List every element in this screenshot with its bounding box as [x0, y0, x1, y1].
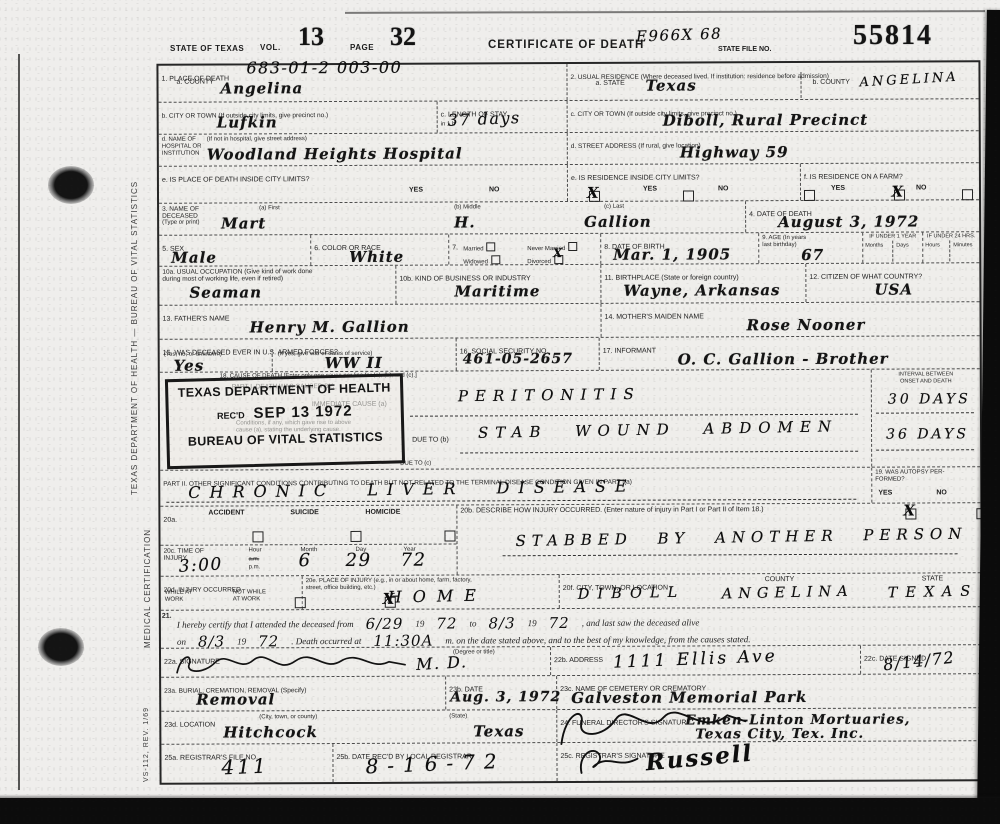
cell-registrar-file-no: 25a. REGISTRAR'S FILE NO. 411: [161, 744, 333, 783]
occupation-label-2: during most of working life, even if ret…: [162, 275, 392, 283]
row-place-residence: 1. PLACE OF DEATH 683-01-2 003-00 a. COU…: [158, 62, 978, 103]
autopsy-no-label: NO: [936, 489, 947, 496]
registrar-signature-scrawl: [575, 745, 645, 779]
cell-burial-date: 23b. DATE Aug. 3, 1972: [446, 676, 557, 709]
cell-sex: 5. SEX Male: [159, 235, 311, 266]
months-label: Months: [865, 243, 883, 250]
cell-marital-status: 7. Married Never Married Widowed Divorce…: [449, 234, 601, 265]
war-value: WW II: [325, 354, 383, 372]
burial-city-value: Hitchcock: [223, 723, 318, 741]
cell-injury-location: 20f. CITY, TOWN, OR LOCATION COUNTY STAT…: [560, 573, 981, 608]
burial-type-value: Removal: [196, 690, 275, 708]
row-location-director: 23d. LOCATION (City, town, or county) (S…: [161, 708, 981, 745]
injury-city-value: DIBOLL: [578, 585, 686, 603]
burial-date-value: Aug. 3, 1972: [450, 689, 561, 705]
length-of-stay-value: 37 days: [447, 108, 521, 130]
last-name-value: Gallion: [584, 213, 652, 231]
physician-address-label: 22b. ADDRESS: [554, 657, 603, 664]
farm-yes-label: YES: [831, 185, 845, 192]
row-cause-of-death: 18. CAUSE OF DEATH [Enter only one cause…: [160, 369, 980, 471]
due-to-b-value: STAB WOUND ABDOMEN: [478, 417, 838, 442]
cell-registrar-signature: 25c. REGISTRAR'S SIGNATURE Russell: [557, 741, 981, 781]
autopsy-yes-label: YES: [878, 490, 892, 497]
cell-residence-farm: f. IS RESIDENCE ON A FARM? YES NO X: [801, 163, 979, 200]
autopsy-label-2: FORMED?: [875, 476, 977, 483]
burial-state-value: Texas: [473, 722, 524, 740]
registrar-signature-value: Russell: [644, 740, 754, 777]
scan-bottom-black-edge: [0, 798, 1000, 824]
date-recd-value: 8-16-72: [365, 749, 506, 778]
residence-county-value: ANGELINA: [859, 70, 959, 91]
certify-on: on: [177, 637, 186, 647]
occupation-value: Seaman: [189, 283, 262, 301]
physician-signature-scrawl: [173, 652, 408, 677]
hospital-paren: (If not in hospital, give street address…: [207, 136, 307, 143]
cell-ssn: 16. SOCIAL SECURITY NO. 461-05-2657: [457, 338, 600, 371]
death-certificate-scan: TEXAS DEPARTMENT OF HEALTH — BUREAU OF V…: [0, 0, 1000, 824]
burial-location-label: 23d. LOCATION: [164, 722, 215, 729]
informant-label: 17. INFORMANT: [603, 348, 656, 355]
not-while-work-label-2: AT WORK: [233, 596, 260, 603]
injury-county-value: ANGELINA: [722, 584, 854, 603]
cell-street-address: d. STREET ADDRESS (If rural, give locati…: [568, 131, 979, 164]
cell-physician-address: 22b. ADDRESS 1111 Ellis Ave: [551, 646, 861, 675]
cell-physician-signature: 22a. SIGNATURE (Degree or title) M. D.: [161, 647, 551, 677]
row-occupation: 10a. USUAL OCCUPATION (Give kind of work…: [159, 263, 979, 306]
injury-year-value: 72: [401, 550, 427, 571]
hours-label: Hours: [925, 242, 940, 249]
cell-citizen: 12. CITIZEN OF WHAT COUNTRY? USA: [806, 263, 979, 302]
cell-describe-injury: 20b. DESCRIBE HOW INJURY OCCURRED. (Ente…: [457, 503, 980, 574]
scan-left-rule: [18, 54, 20, 790]
residence-state-label: a. STATE: [596, 80, 625, 88]
married-label: Married: [463, 246, 483, 252]
row-hospital-street: d. NAME OF HOSPITAL OR INSTITUTION (If n…: [159, 131, 979, 167]
stamp-recd: REC'D: [217, 410, 245, 421]
under1-divider: [892, 241, 893, 262]
describe-injury-line: [503, 553, 958, 556]
certificate-form: 1. PLACE OF DEATH 683-01-2 003-00 a. COU…: [156, 60, 983, 785]
row-city-stay: b. CITY OR TOWN (If outside city limits,…: [159, 99, 979, 135]
days-label: Days: [896, 243, 909, 250]
cell-armed-forces: 15. WAS DECEASED EVER IN U.S. ARMED FORC…: [160, 338, 457, 371]
divorced-checkbox: X: [554, 255, 563, 264]
stamp-date: SEP 13 1972: [253, 403, 353, 423]
certificate-header: STATE OF TEXAS VOL. 13 PAGE 32 CERTIFICA…: [158, 28, 978, 62]
cell-city-or-town: b. CITY OR TOWN (If outside city limits,…: [159, 102, 438, 134]
cell-informant: 17. INFORMANT O. C. Gallion - Brother: [600, 336, 980, 370]
page-number: 32: [390, 22, 416, 52]
cell-race: 6. COLOR OR RACE White: [311, 235, 449, 266]
stamp-line3: BUREAU OF VITAL STATISTICS: [169, 429, 401, 449]
never-married-checkbox: [568, 242, 577, 251]
date-of-death-value: August 3, 1972: [778, 212, 919, 231]
interval-a-value: 30 DAYS: [888, 391, 971, 407]
cell-burial-type: 23a. BURIAL, CREMATION, REMOVAL (Specify…: [161, 677, 446, 711]
row-forces-ssn-informant: 15. WAS DECEASED EVER IN U.S. ARMED FORC…: [160, 336, 980, 373]
margin-form-number: VS-112, REV. 1/69: [143, 652, 150, 782]
punch-hole-bottom: [38, 628, 84, 666]
page-label: PAGE: [350, 43, 374, 52]
certify-t3: , and last saw the deceased alive: [582, 617, 700, 628]
margin-department-text: TEXAS DEPARTMENT OF HEALTH — BUREAU OF V…: [130, 160, 139, 495]
state-of-texas-label: STATE OF TEXAS: [170, 44, 244, 53]
scan-top-edge-line: [345, 10, 985, 14]
hour-label: Hour: [249, 547, 262, 554]
county-label: a. COUNTY: [176, 79, 213, 87]
interval-a-line: [876, 412, 974, 413]
pm-label: p.m.: [249, 564, 261, 571]
marital-label: 7.: [452, 244, 458, 251]
suicide-checkbox: [350, 531, 361, 542]
first-name-value: Mart: [221, 214, 266, 232]
state-file-no-label: STATE FILE NO.: [718, 46, 771, 53]
cell-injury-left: 20a. ACCIDENT SUICIDE HOMICIDE 20c. TIME…: [160, 505, 457, 575]
cell-usual-residence: 2. USUAL RESIDENCE (Where deceased lived…: [567, 62, 978, 100]
cell-occupation: 10a. USUAL OCCUPATION (Give kind of work…: [159, 266, 396, 305]
farm-yes-checkbox: [962, 189, 973, 200]
row-parents: 13. FATHER'S NAME Henry M. Gallion 14. M…: [159, 302, 979, 340]
row-name-dod: 3. NAME OF DECEASED (Type or print) (a) …: [159, 200, 979, 236]
injury-state-value: TEXAS: [888, 583, 979, 601]
death-limits-no-label: NO: [489, 186, 500, 193]
father-label: 13. FATHER'S NAME: [163, 315, 230, 322]
cell-part2: PART II. OTHER SIGNIFICANT CONDITIONS CO…: [160, 468, 872, 506]
injury-month-value: 6: [299, 550, 312, 571]
last-name-label: (c) Last: [604, 204, 624, 211]
physician-degree-value: M. D.: [416, 652, 468, 674]
punch-hole-top: [48, 166, 94, 204]
describe-injury-value: STABBED BY ANOTHER PERSON: [515, 525, 967, 550]
cell-father: 13. FATHER'S NAME Henry M. Gallion: [159, 304, 601, 339]
dob-value: Mar. 1, 1905: [613, 245, 731, 264]
injury-day-value: 29: [346, 550, 372, 571]
mother-value: Rose Nooner: [747, 316, 866, 335]
cell-interval: INTERVAL BETWEEN ONSET AND DEATH 30 DAYS…: [872, 369, 980, 466]
middle-name-value: H.: [454, 213, 475, 231]
certify-to: to: [469, 618, 476, 628]
marital-married: Married: [463, 242, 495, 253]
injury-county-label: COUNTY: [765, 576, 795, 584]
margin-medical-certification-text: MEDICAL CERTIFICATION: [143, 468, 152, 648]
cell-residence-inside-limits: e. IS RESIDENCE INSIDE CITY LIMITS? YES …: [568, 164, 801, 201]
cell-burial-location: 23d. LOCATION (City, town, or county) (S…: [161, 710, 557, 744]
state-file-number: 55814: [853, 20, 933, 52]
accident-checkbox: [253, 531, 264, 542]
handwritten-code: E966X 68: [636, 25, 723, 46]
certificate-title: CERTIFICATE OF DEATH: [488, 39, 644, 51]
due-to-b-line: [460, 451, 858, 454]
interval-label-2: ONSET AND DEATH: [875, 378, 977, 385]
city-value: Lufkin: [217, 113, 278, 131]
cell-manner: 20a. ACCIDENT SUICIDE HOMICIDE: [160, 505, 456, 545]
residence-state-value: Texas: [645, 76, 696, 94]
injury-state-label: STATE: [922, 575, 944, 583]
farm-no-label: NO: [916, 184, 927, 191]
row-injury-top: 20a. ACCIDENT SUICIDE HOMICIDE 20c. TIME…: [160, 503, 980, 577]
cell-mother: 14. MOTHER'S MAIDEN NAME Rose Nooner: [601, 302, 979, 337]
widowed-checkbox: [491, 255, 500, 264]
certify-19b: 19: [528, 618, 537, 628]
citizen-value: USA: [874, 281, 913, 299]
row-limits-questions: e. IS PLACE OF DEATH INSIDE CITY LIMITS?…: [159, 163, 979, 204]
residence-divider: [800, 72, 801, 98]
time-of-injury-value: 3:00: [178, 554, 223, 576]
row-injury-bottom: 20d. INJURY OCCURRED WHILE AT WORK NOT W…: [161, 573, 981, 611]
sex-value: Male: [171, 249, 217, 267]
date-signed-value: 8/14/72: [882, 648, 956, 675]
middle-name-label: (b) Middle: [454, 204, 481, 211]
hospital-value: Woodland Heights Hospital: [207, 144, 463, 163]
cell-birthplace: 11. BIRTHPLACE (State or foreign country…: [601, 264, 806, 303]
homicide-checkbox: [444, 531, 455, 542]
mother-label: 14. MOTHER'S MAIDEN NAME: [605, 313, 704, 320]
vital-statistics-stamp: TEXAS DEPARTMENT OF HEALTH REC'D SEP 13 …: [165, 373, 405, 469]
certify-19c: 19: [237, 636, 246, 646]
first-name-label: (a) First: [259, 205, 280, 212]
under-24-hrs-label: IF UNDER 24 HRS.: [924, 233, 978, 240]
describe-injury-label: 20b. DESCRIBE HOW INJURY OCCURRED. (Ente…: [460, 505, 965, 515]
cell-date-signed: 22c. DATE SIGNED 8/14/72: [861, 645, 981, 674]
county-value: Angelina: [221, 79, 304, 97]
volume-number: 13: [298, 22, 324, 52]
cell-length-of-stay: c. LENGTH OF STAY in 1 b 37 days: [438, 101, 568, 133]
manner-label: 20a.: [163, 517, 177, 524]
birthplace-value: Wayne, Arkansas: [623, 281, 780, 300]
death-limits-yes-label: YES: [409, 187, 423, 194]
cell-date-recd: 25b. DATE REC'D BY LOCAL REGISTRAR 8-16-…: [333, 743, 557, 782]
immediate-cause-value: PERITONITIS: [458, 385, 641, 405]
not-while-work-label-1: NOT WHILE: [233, 589, 266, 596]
suicide-label: SUICIDE: [290, 509, 318, 516]
burial-location-sub2: (State): [449, 713, 467, 720]
ssn-value: 461-05-2657: [463, 351, 573, 367]
street-address-value: Highway 59: [680, 143, 789, 161]
armed-forces-divider: [272, 349, 273, 371]
married-checkbox: [487, 242, 496, 251]
cell-place-of-death: 1. PLACE OF DEATH 683-01-2 003-00 a. COU…: [158, 64, 567, 102]
row-registrar: 25a. REGISTRAR'S FILE NO. 411 25b. DATE …: [161, 741, 981, 783]
informant-value: O. C. Gallion - Brother: [678, 350, 889, 369]
industry-value: Maritime: [454, 282, 540, 300]
due-to-b-label: DUE TO (b): [412, 437, 449, 445]
cell-residence-city: c. CITY OR TOWN (If outside city limits,…: [568, 99, 979, 132]
place-of-death-code: 683-01-2 003-00: [246, 58, 402, 78]
certify-number: 21.: [162, 613, 172, 621]
cell-hospital: d. NAME OF HOSPITAL OR INSTITUTION (If n…: [159, 133, 568, 166]
cell-under-24-hrs: IF UNDER 24 HRS. Hours Minutes: [923, 232, 979, 262]
cell-place-of-injury: 20e. PLACE OF INJURY (e.g., in or about …: [303, 575, 560, 609]
while-at-work-label-2: WORK: [165, 597, 184, 604]
row-part2-autopsy: PART II. OTHER SIGNIFICANT CONDITIONS CO…: [160, 467, 980, 507]
cell-name-of-deceased: 3. NAME OF DECEASED (Type or print) (a) …: [159, 201, 746, 235]
while-at-work-label-1: WHILE AT: [165, 590, 193, 597]
residence-limits-label: e. IS RESIDENCE INSIDE CITY LIMITS?: [571, 174, 700, 182]
residence-city-value: Diboll, Rural Precinct: [663, 111, 869, 130]
cell-industry: 10b. KIND OF BUSINESS OR INDUSTRY Mariti…: [396, 265, 601, 304]
cell-funeral-director: 24. FUNERAL DIRECTOR'S SIGNATURE Emken-L…: [557, 708, 981, 742]
homicide-label: HOMICIDE: [365, 509, 400, 516]
physician-address-value: 1111 Ellis Ave: [613, 646, 778, 672]
place-of-injury-value: HOME: [388, 586, 488, 607]
farm-label: f. IS RESIDENCE ON A FARM?: [804, 174, 903, 181]
father-value: Henry M. Gallion: [250, 318, 410, 337]
cell-under-1-year: IF UNDER 1 YEAR Months Days: [863, 232, 923, 262]
cell-date-of-birth: 8. DATE OF BIRTH Mar. 1, 1905: [601, 233, 759, 264]
cell-certification: 21. I hereby certify that I attended the…: [161, 607, 981, 648]
interval-b-line: [876, 449, 974, 450]
residence-limits-yes-label: YES: [643, 186, 657, 193]
minutes-label: Minutes: [953, 242, 972, 249]
row-physician: 22a. SIGNATURE (Degree or title) M. D. 2…: [161, 645, 981, 678]
row-certification: 21. I hereby certify that I attended the…: [161, 607, 981, 649]
divorced-mark: X: [553, 250, 562, 257]
residence-limits-no-label: NO: [718, 185, 729, 192]
am-label: a.m.: [249, 556, 260, 563]
cell-autopsy: 19. WAS AUTOPSY PER- FORMED? YES X NO: [872, 467, 980, 502]
cell-age: 9. AGE (In years last birthday) 67: [759, 233, 863, 263]
certify-t1: I hereby certify that I attended the dec…: [177, 619, 354, 630]
cell-cause-of-death: 18. CAUSE OF DEATH [Enter only one cause…: [160, 370, 872, 470]
certify-t6: m. on the date stated above, and to the …: [445, 634, 750, 645]
age-value: 67: [801, 246, 824, 264]
row-demographics: 5. SEX Male 6. COLOR OR RACE White 7. Ma…: [159, 232, 979, 267]
race-value: White: [349, 248, 404, 266]
burial-location-sub1: (City, town, or county): [259, 714, 317, 721]
interval-b-value: 36 DAYS: [886, 426, 969, 442]
certify-t5: . Death occurred at: [291, 636, 361, 646]
under24-divider: [949, 240, 950, 261]
residence-county-label: b. COUNTY: [813, 79, 850, 87]
death-inside-limits-label: e. IS PLACE OF DEATH INSIDE CITY LIMITS?: [162, 176, 310, 184]
volume-label: VOL.: [260, 43, 281, 52]
registrar-file-no-value: 411: [221, 754, 269, 780]
cell-death-inside-limits: e. IS PLACE OF DEATH INSIDE CITY LIMITS?…: [159, 165, 568, 203]
accident-label: ACCIDENT: [208, 509, 244, 516]
cell-date-of-death: 4. DATE OF DEATH August 3, 1972: [746, 200, 979, 232]
cell-injury-occurred: 20d. INJURY OCCURRED WHILE AT WORK NOT W…: [161, 576, 303, 610]
immediate-cause-line: [410, 414, 858, 417]
